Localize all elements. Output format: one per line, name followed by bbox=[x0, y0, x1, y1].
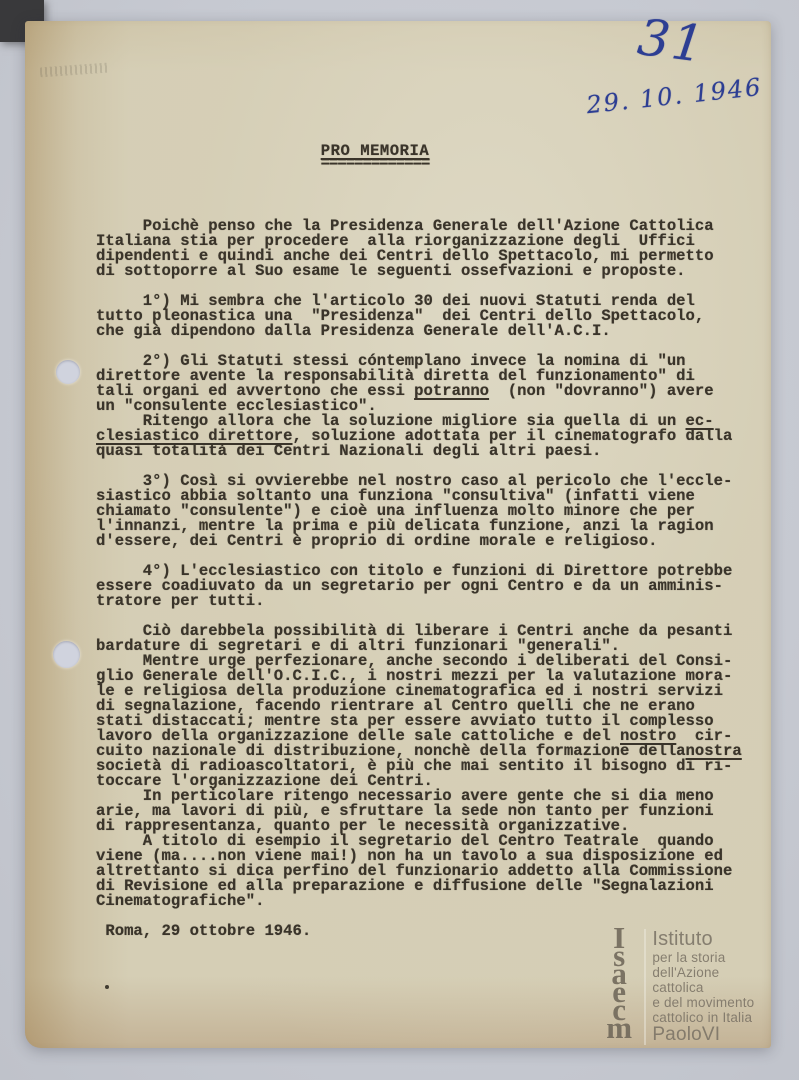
text-segment: Roma, 29 ottobre 1946. bbox=[96, 922, 311, 940]
text-segment: quasi totalità dei Centri Nazionali degl… bbox=[96, 442, 601, 460]
text-line: d'essere, dei Centri è proprio di ordine… bbox=[96, 534, 756, 549]
text-line: di sottoporre al Suo esame le seguenti o… bbox=[96, 264, 756, 279]
text-segment: Cinematografiche". bbox=[96, 892, 264, 910]
underlined-text: potranno bbox=[414, 382, 489, 400]
watermark-text-line: dell'Azione cattolica bbox=[652, 965, 770, 995]
document-paper: PRO MEMORIA ============= Poichè penso c… bbox=[25, 21, 771, 1048]
text-segment: di sottoporre al Suo esame le seguenti o… bbox=[96, 262, 686, 280]
watermark-text-line: e del movimento bbox=[652, 995, 770, 1010]
text-segment: (non "dovranno") avere bbox=[489, 382, 714, 400]
watermark-text-line: per la storia bbox=[652, 950, 770, 965]
handwritten-page-number: 31 bbox=[635, 8, 709, 74]
watermark-text-line: PaoloVI bbox=[652, 1025, 770, 1045]
document-body: Poichè penso che la Presidenza Generale … bbox=[96, 219, 756, 939]
watermark-text: Istitutoper la storiadell'Azione cattoli… bbox=[646, 929, 770, 1045]
archive-watermark: Isaecm Istitutoper la storiadell'Azione … bbox=[598, 929, 770, 1045]
text-line: che già dipendono dalla Presidenza Gener… bbox=[96, 324, 756, 339]
text-segment: che già dipendono dalla Presidenza Gener… bbox=[96, 322, 611, 340]
title-underline-rule: ============= bbox=[275, 158, 475, 169]
watermark-letter: m bbox=[606, 1019, 632, 1037]
watermark-text-line: cattolico in Italia bbox=[652, 1010, 770, 1025]
text-line: Cinematografiche". bbox=[96, 894, 756, 909]
pencil-smudge bbox=[40, 63, 109, 78]
title-block: PRO MEMORIA ============= bbox=[275, 144, 475, 169]
watermark-text-line: Istituto bbox=[652, 929, 770, 950]
hole-punch-top bbox=[56, 360, 80, 384]
hole-punch-bottom bbox=[53, 641, 80, 668]
text-line: quasi totalità dei Centri Nazionali degl… bbox=[96, 444, 756, 459]
photo-background: { "photo": { "background": "#c6c9d1", "c… bbox=[0, 0, 799, 1080]
text-line: tratore per tutti. bbox=[96, 594, 756, 609]
ink-speck bbox=[105, 985, 109, 989]
text-segment: d'essere, dei Centri è proprio di ordine… bbox=[96, 532, 657, 550]
watermark-letters: Isaecm bbox=[598, 929, 646, 1045]
text-segment: tratore per tutti. bbox=[96, 592, 264, 610]
